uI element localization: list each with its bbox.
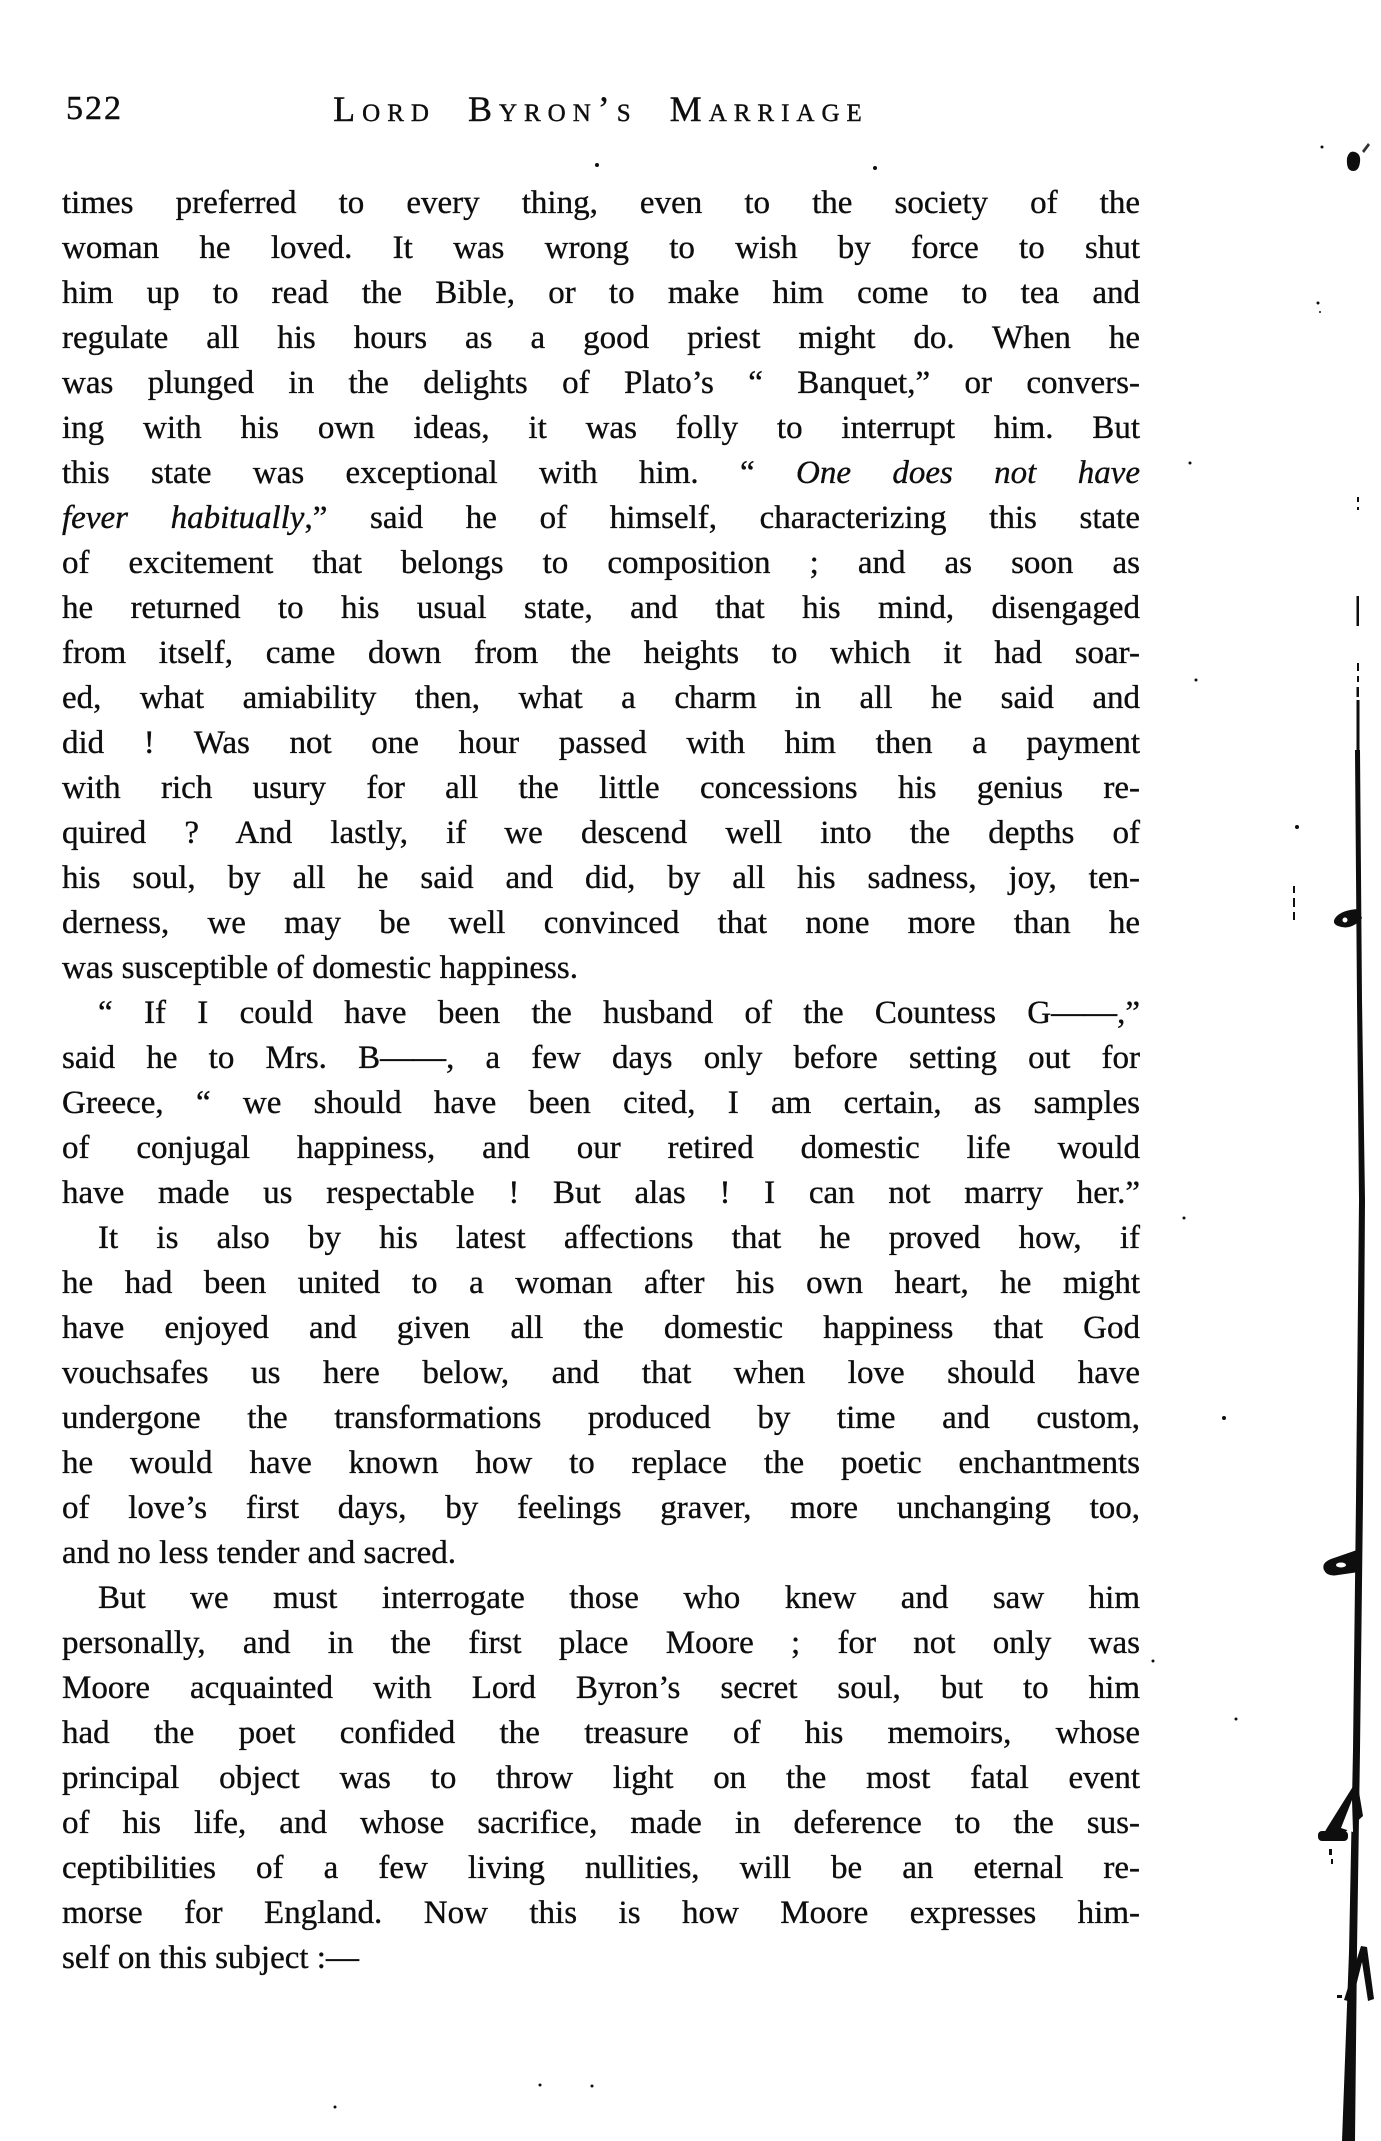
text-line: of conjugal happiness, and our retired d…	[62, 1126, 1140, 1171]
text-line: derness, we may be well convinced that n…	[62, 901, 1140, 946]
text-line: quired ? And lastly, if we descend well …	[62, 811, 1140, 856]
text-line: fever habitually,” said he of himself, c…	[62, 496, 1140, 541]
text-line: It is also by his latest affections that…	[62, 1216, 1140, 1261]
text-line: ed, what amiability then, what a charm i…	[62, 676, 1140, 721]
text-line: times preferred to every thing, even to …	[62, 181, 1140, 226]
text-line: self on this subject :—	[62, 1936, 1140, 1981]
text-line: from itself, came down from the heights …	[62, 631, 1140, 676]
text-line: him up to read the Bible, or to make him…	[62, 271, 1140, 316]
text-line: vouchsafes us here below, and that when …	[62, 1351, 1140, 1396]
text-line: Greece, “ we should have been cited, I a…	[62, 1081, 1140, 1126]
running-title: Lord Byron’s Marriage	[62, 86, 1140, 132]
text-line: Moore acquainted with Lord Byron’s secre…	[62, 1666, 1140, 1711]
book-page: 522 Lord Byron’s Marriage times preferre…	[0, 0, 1381, 2141]
text-line: of his life, and whose sacrifice, made i…	[62, 1801, 1140, 1846]
text-line: he had been united to a woman after his …	[62, 1261, 1140, 1306]
text-line: he would have known how to replace the p…	[62, 1441, 1140, 1486]
text-line: was plunged in the delights of Plato’s “…	[62, 361, 1140, 406]
text-line: regulate all his hours as a good priest …	[62, 316, 1140, 361]
text-line: had the poet confided the treasure of hi…	[62, 1711, 1140, 1756]
text-line: of excitement that belongs to compositio…	[62, 541, 1140, 586]
text-line: have enjoyed and given all the domestic …	[62, 1306, 1140, 1351]
text-line: woman he loved. It was wrong to wish by …	[62, 226, 1140, 271]
text-line: But we must interrogate those who knew a…	[62, 1576, 1140, 1621]
text-line: did ! Was not one hour passed with him t…	[62, 721, 1140, 766]
text-line: with rich usury for all the little conce…	[62, 766, 1140, 811]
text-line: principal object was to throw light on t…	[62, 1756, 1140, 1801]
text-line: ceptibilities of a few living nullities,…	[62, 1846, 1140, 1891]
page-header: 522 Lord Byron’s Marriage	[62, 86, 1140, 138]
text-line: have made us respectable ! But alas ! I …	[62, 1171, 1140, 1216]
text-line: and no less tender and sacred.	[62, 1531, 1140, 1576]
text-line: said he to Mrs. B——, a few days only bef…	[62, 1036, 1140, 1081]
text-line: his soul, by all he said and did, by all…	[62, 856, 1140, 901]
text-line: this state was exceptional with him. “ O…	[62, 451, 1140, 496]
text-line: was susceptible of domestic happiness.	[62, 946, 1140, 991]
text-line: undergone the transformations produced b…	[62, 1396, 1140, 1441]
text-line: personally, and in the first place Moore…	[62, 1621, 1140, 1666]
text-line: morse for England. Now this is how Moore…	[62, 1891, 1140, 1936]
text-line: “ If I could have been the husband of th…	[62, 991, 1140, 1036]
text-line: ing with his own ideas, it was folly to …	[62, 406, 1140, 451]
text-line: he returned to his usual state, and that…	[62, 586, 1140, 631]
text-line: of love’s first days, by feelings graver…	[62, 1486, 1140, 1531]
text-block: times preferred to every thing, even to …	[62, 181, 1140, 1981]
